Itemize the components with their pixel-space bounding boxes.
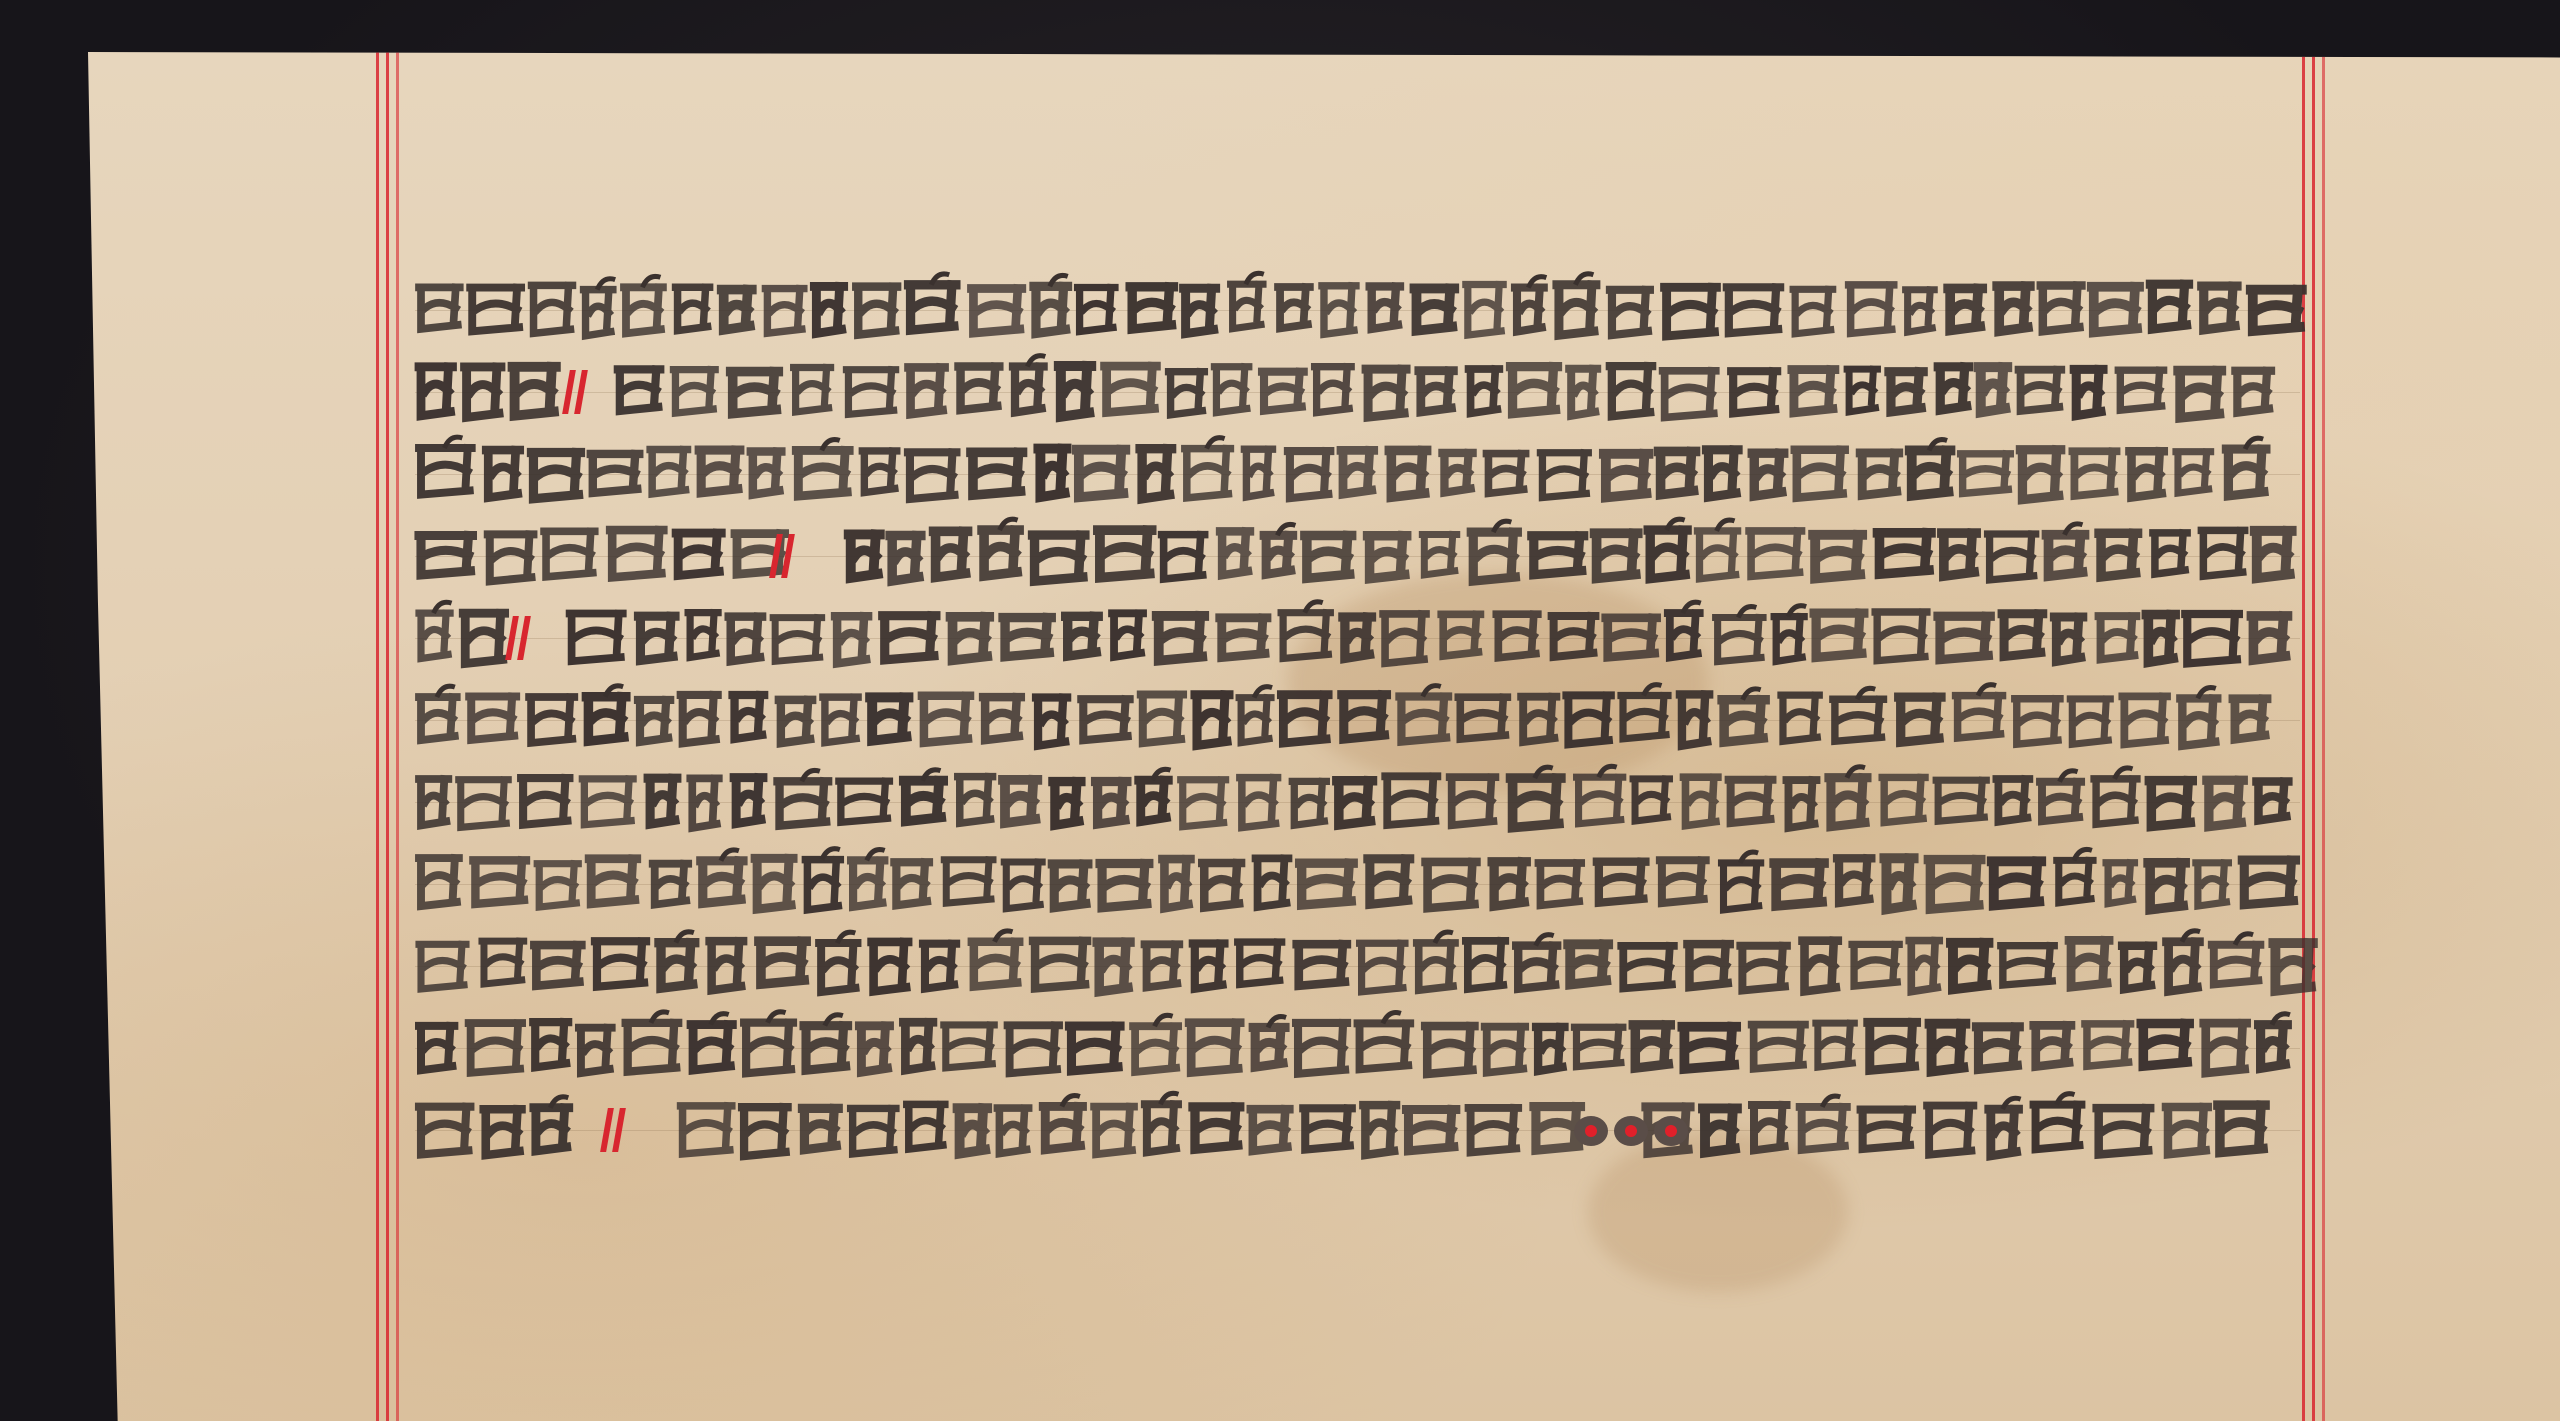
glyph-strokes: [415, 352, 2300, 434]
glyph-strokes: [415, 844, 2300, 926]
script-line: [415, 352, 2300, 434]
red-double-danda: [604, 1108, 626, 1152]
red-double-danda: [566, 370, 588, 414]
script-line: [415, 680, 2300, 762]
script-line: [415, 516, 2300, 598]
script-line: [415, 762, 2300, 844]
glyph-strokes: [415, 1008, 2300, 1090]
red-double-danda: [509, 616, 531, 660]
script-line: [415, 844, 2300, 926]
glyph-strokes: [415, 270, 2300, 352]
left-margin-rule: [386, 52, 389, 1421]
glyph-strokes: [415, 516, 2300, 598]
script-line: [415, 434, 2300, 516]
left-margin-rule: [376, 52, 379, 1421]
red-dot-mark: [1614, 1116, 1648, 1146]
right-margin-rule: [2322, 52, 2325, 1421]
glyph-strokes: [415, 434, 2300, 516]
glyph-strokes: [415, 762, 2300, 844]
glyph-strokes: [415, 1090, 2300, 1172]
glyph-strokes: [415, 680, 2300, 762]
red-dotted-marks: [1574, 1116, 1688, 1146]
script-line: [415, 598, 2300, 680]
right-margin-rule: [2302, 52, 2305, 1421]
script-line: [415, 926, 2300, 1008]
script-line: [415, 1090, 2300, 1172]
red-dot-mark: [1654, 1116, 1688, 1146]
script-line: [415, 270, 2300, 352]
left-margin-rule: [396, 52, 399, 1421]
red-dot-mark: [1574, 1116, 1608, 1146]
glyph-strokes: [415, 598, 2300, 680]
script-text-block: [415, 270, 2300, 1172]
right-margin-rule: [2312, 52, 2315, 1421]
glyph-strokes: [415, 926, 2300, 1008]
red-double-danda: [773, 534, 795, 578]
script-line: [415, 1008, 2300, 1090]
